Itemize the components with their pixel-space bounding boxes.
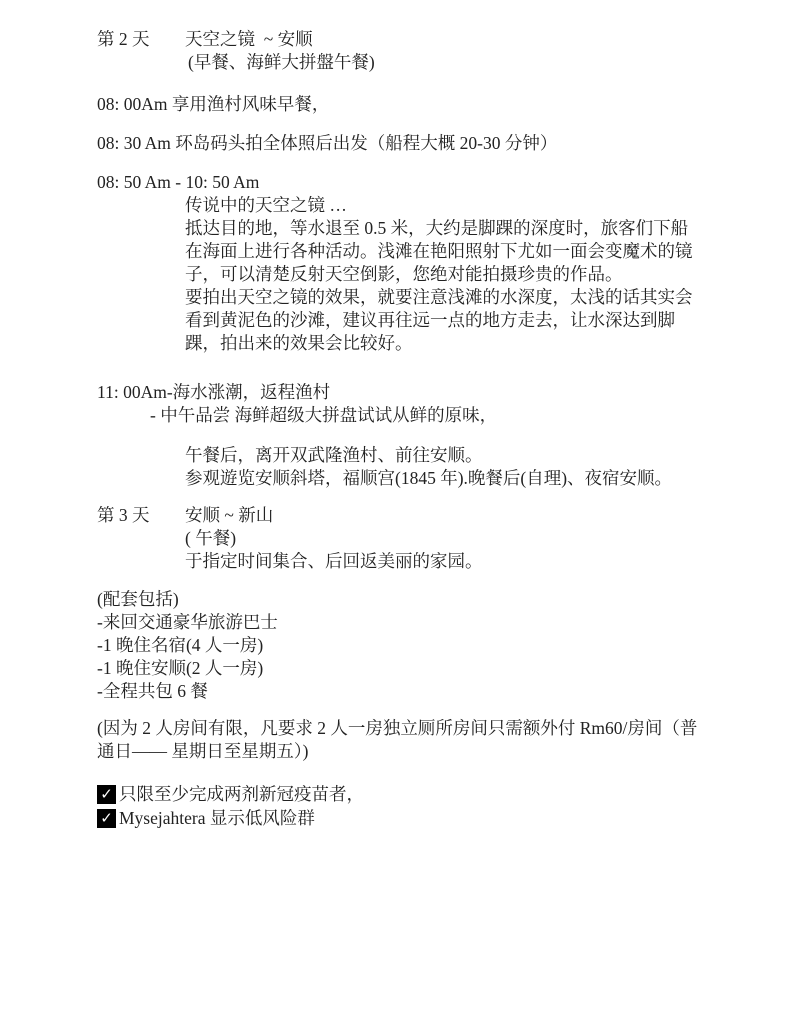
checkmark-icon: ✓ [97,785,116,804]
day2-header: 第 2 天 天空之镜 ~ 安顺 [97,28,741,51]
requirement-label: 只限至少完成两剂新冠疫苗者， [119,783,364,806]
day3-meals: ( 午餐) [185,527,741,550]
checkmark-icon: ✓ [97,809,116,828]
day2-label: 第 2 天 [97,28,185,51]
package-item: -1 晚住安顺(2 人一房) [97,657,741,680]
requirement-label: Mysejahtera 显示低风险群 [119,807,315,830]
paragraph-line: 踝，拍出来的效果会比较好。 [185,332,741,355]
day3-header: 第 3 天 安顺 ~ 新山 [97,504,741,527]
package-item: -来回交通豪华旅游巴士 [97,611,741,634]
schedule-line-0830: 08: 30 Am 环岛码头拍全体照后出发（船程大概 20-30 分钟） [97,132,741,155]
paragraph-line: 看到黄泥色的沙滩，建议再往远一点的地方走去，让水深达到脚 [185,309,741,332]
sky-mirror-paragraph: 传说中的天空之镜 … 抵达目的地，等水退至 0.5 米，大约是脚踝的深度时，旅客… [185,194,741,355]
paragraph-line: 在海面上进行各种活动。浅滩在艳阳照射下尤如一面会变魔术的镜 [185,240,741,263]
day3-title: 安顺 ~ 新山 [185,504,273,527]
lunch-note: - 中午品尝 海鲜超级大拼盘试试从鲜的原味， [150,404,741,427]
document-page: 第 2 天 天空之镜 ~ 安顺 (早餐、海鲜大拼盤午餐) 08: 00Am 享用… [0,0,791,1024]
paragraph-line: 抵达目的地，等水退至 0.5 米，大约是脚踝的深度时，旅客们下船 [185,217,741,240]
requirement-row: ✓ 只限至少完成两剂新冠疫苗者， [97,783,741,806]
schedule-line-0850: 08: 50 Am - 10: 50 Am [97,171,741,194]
day2-meals: (早餐、海鲜大拼盤午餐) [188,51,741,74]
paragraph-line: 传说中的天空之镜 … [185,194,741,217]
requirement-row: ✓ Mysejahtera 显示低风险群 [97,807,741,830]
schedule-line-0800: 08: 00Am 享用渔村风味早餐， [97,93,741,116]
paragraph-line: (因为 2 人房间有限，凡要求 2 人一房独立厕所房间只需额外付 Rm60/房间… [97,717,741,740]
paragraph-line: 午餐后，离开双武隆渔村、前往安顺。 [185,444,741,467]
package-list: -来回交通豪华旅游巴士 -1 晚住名宿(4 人一房) -1 晚住安顺(2 人一房… [97,611,741,703]
requirements-checklist: ✓ 只限至少完成两剂新冠疫苗者， ✓ Mysejahtera 显示低风险群 [97,783,741,830]
package-item: -全程共包 6 餐 [97,680,741,703]
paragraph-line: 通日—— 星期日至星期五）) [97,740,741,763]
paragraph-line: 子，可以清楚反射天空倒影，您绝对能拍摄珍贵的作品。 [185,263,741,286]
package-item: -1 晚住名宿(4 人一房) [97,634,741,657]
day2-title: 天空之镜 ~ 安顺 [185,28,313,51]
schedule-line-1100: 11: 00Am-海水涨潮，返程渔村 [97,381,741,404]
package-heading: (配套包括) [97,588,741,611]
day3-note: 于指定时间集合、后回返美丽的家园。 [185,550,741,573]
paragraph-line: 要拍出天空之镜的效果，就要注意浅滩的水深度，太浅的话其实会 [185,286,741,309]
day3-label: 第 3 天 [97,504,185,527]
paragraph-line: 参观遊览安顺斜塔，福顺宫(1845 年).晚餐后(自理)、夜宿安顺。 [185,467,741,490]
afternoon-paragraph: 午餐后，离开双武隆渔村、前往安顺。 参观遊览安顺斜塔，福顺宫(1845 年).晚… [185,444,741,490]
room-note: (因为 2 人房间有限，凡要求 2 人一房独立厕所房间只需额外付 Rm60/房间… [97,717,741,763]
